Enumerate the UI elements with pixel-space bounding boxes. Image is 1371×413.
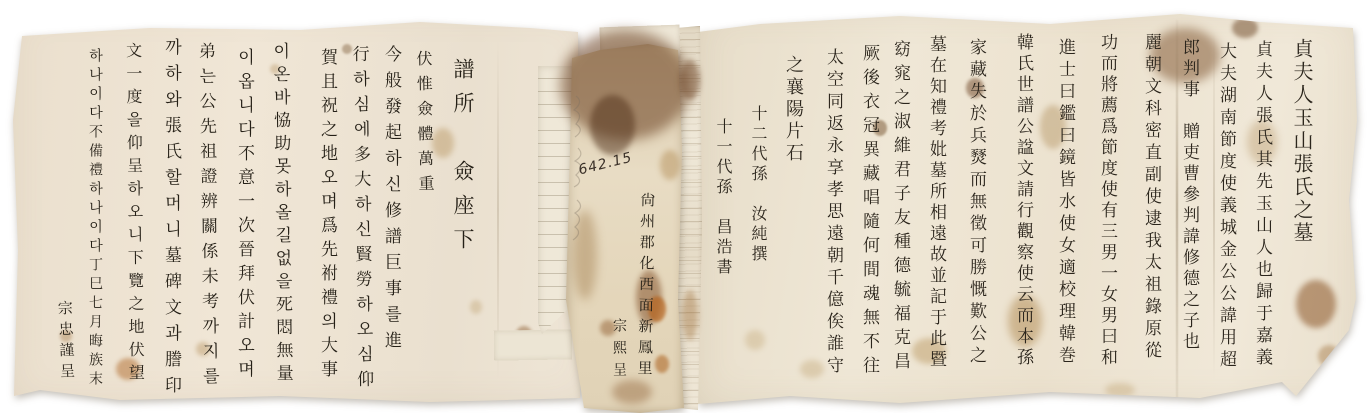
letter-heading-column: 譜所 僉座下 <box>452 58 473 262</box>
letter-signature-column: 宗忠謹呈 <box>57 300 75 384</box>
letter-column: 이옵니다不意一次晉拜伏計오며 <box>235 48 252 384</box>
letter-column: 弟는公先祖證辨關係未考까지를 <box>196 42 217 392</box>
letter-column: 伏惟僉體萬重 <box>415 50 434 200</box>
strip-address-column: 尙州郡化西面新鳳里 <box>636 192 654 381</box>
document-photo: 貞夫人玉山張氏之墓 貞夫人張氏其先玉山人也歸于嘉義 大夫湖南節度使義城金公公諱用… <box>0 0 1371 413</box>
letter-column: 文一度을仰呈하오니下覽之地伏望 <box>124 42 143 387</box>
letter-column: 賀且祝之地오며爲先祔禮의大事 <box>318 48 335 384</box>
letter-column: 이온바恊助못하올길없을死悶無量 <box>270 42 291 387</box>
letter-column: 行하심에多大하신賢勞하오심仰 <box>350 45 372 395</box>
letter-column: 今般發起하신修譜巨事를進 <box>382 45 399 357</box>
letter-column: 하나이다不備禮하나이다丁巳七月晦族末 <box>88 48 102 390</box>
strip-sender-column: 宗熙呈 <box>612 318 626 384</box>
letter-column: 까하와張氏할머니墓碑文과謄印 <box>162 38 179 402</box>
